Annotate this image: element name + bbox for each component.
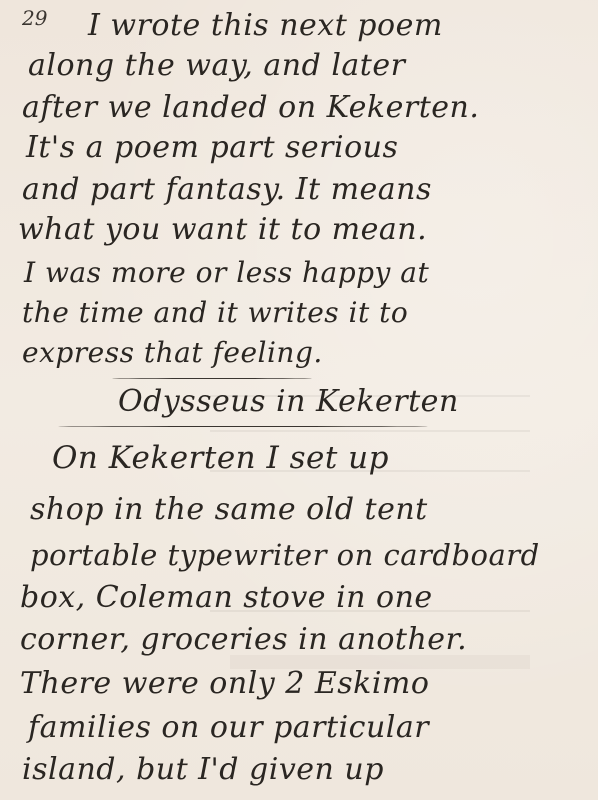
text-line: box, Coleman stove in one [20, 580, 598, 615]
text-line: express that feeling. [22, 336, 598, 369]
title-rule-bottom [58, 426, 428, 427]
text-line: island, but I'd given up [22, 752, 598, 787]
title-rule-top [112, 378, 312, 379]
text-line: what you want it to mean. [18, 212, 598, 247]
text-line: families on our particular [28, 710, 598, 745]
text-line: and part fantasy. It means [22, 172, 598, 207]
text-line: It's a poem part serious [26, 130, 598, 165]
text-line: along the way, and later [28, 48, 598, 83]
text-line: There were only 2 Eskimo [20, 666, 598, 701]
text-line: corner, groceries in another. [20, 622, 598, 657]
text-line: On Kekerten I set up [52, 440, 598, 476]
poem-title: Odysseus in Kekerten [118, 384, 598, 419]
manuscript-page: 29 I wrote this next poem along the way,… [0, 0, 598, 800]
text-line: I wrote this next poem [88, 8, 598, 43]
page-number: 29 [22, 6, 47, 30]
text-line: shop in the same old tent [30, 492, 598, 527]
text-line: the time and it writes it to [22, 296, 598, 329]
text-line: portable typewriter on cardboard [30, 538, 598, 572]
text-line: I was more or less happy at [24, 256, 598, 289]
bleed-through-mark [210, 430, 530, 432]
text-line: after we landed on Kekerten. [22, 90, 598, 125]
